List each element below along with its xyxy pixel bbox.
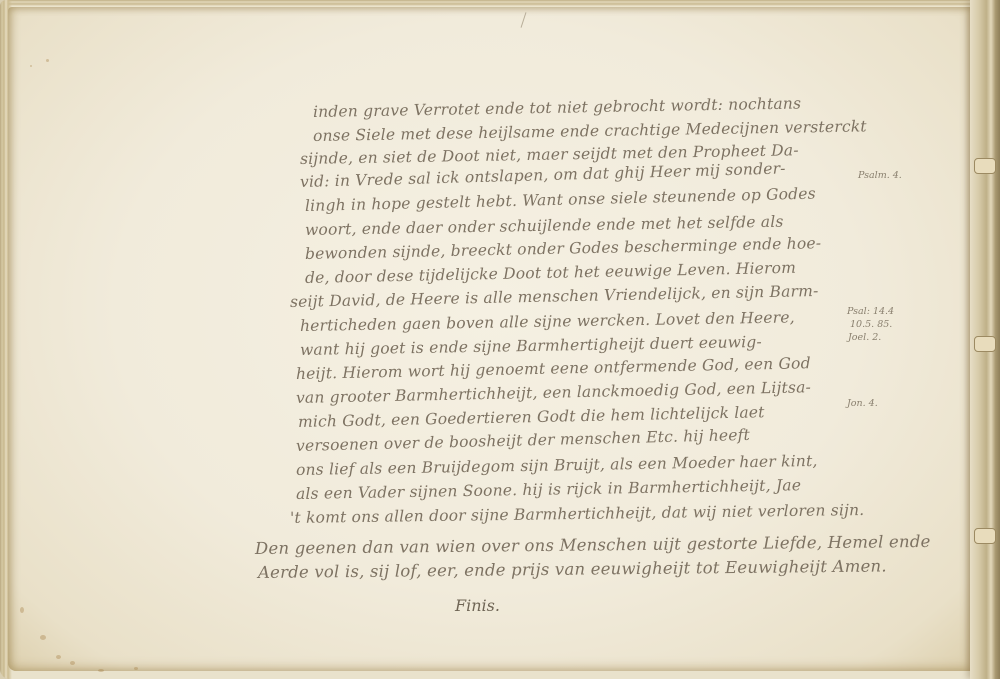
body-line: 't komt ons allen door sijne Barmhertich… [290,501,865,527]
margin-note-ref: 10.5. 85. [850,319,892,331]
body-line: als een Vader sijnen Soone. hij is rijck… [296,476,801,503]
closing-line: Den geenen dan van wien over ons Mensche… [255,532,931,558]
body-line: herticheden gaen boven alle sijne wercke… [300,308,795,335]
page-mark [521,12,527,28]
margin-note-psal-14: Psal: 14.4 [847,306,894,318]
margin-note-psalm-4: Psalm. 4. [858,170,902,182]
body-line: heijt. Hierom wort hij genoemt eene ontf… [296,354,811,383]
margin-note-joel-2: Joel. 2. [848,332,881,344]
margin-note-jon-4: Jon. 4. [847,398,878,410]
finis-label: Finis. [455,596,500,615]
body-line: van grooter Barmhertichheijt, een lanckm… [296,378,811,407]
closing-line: Aerde vol is, sij lof, eer, ende prijs v… [258,556,887,582]
body-line: woort, ende daer onder schuijlende ende … [305,213,784,239]
body-line: seijt David, de Heere is alle menschen V… [290,282,819,311]
body-line: versoenen over de boosheijt der menschen… [296,426,750,455]
body-line: want hij goet is ende sijne Barmhertighe… [300,333,762,359]
body-line: ons lief als een Bruijdegom sijn Bruijt,… [296,452,818,479]
body-line: lingh in hope gestelt hebt. Want onse si… [305,185,816,215]
manuscript-text: inden grave Verrotet ende tot niet gebro… [0,0,1000,679]
body-line: inden grave Verrotet ende tot niet gebro… [313,94,802,121]
body-line: bewonden sijnde, breeckt onder Godes bes… [305,234,822,263]
body-line: de, door dese tijdelijcke Doot tot het e… [305,259,796,287]
